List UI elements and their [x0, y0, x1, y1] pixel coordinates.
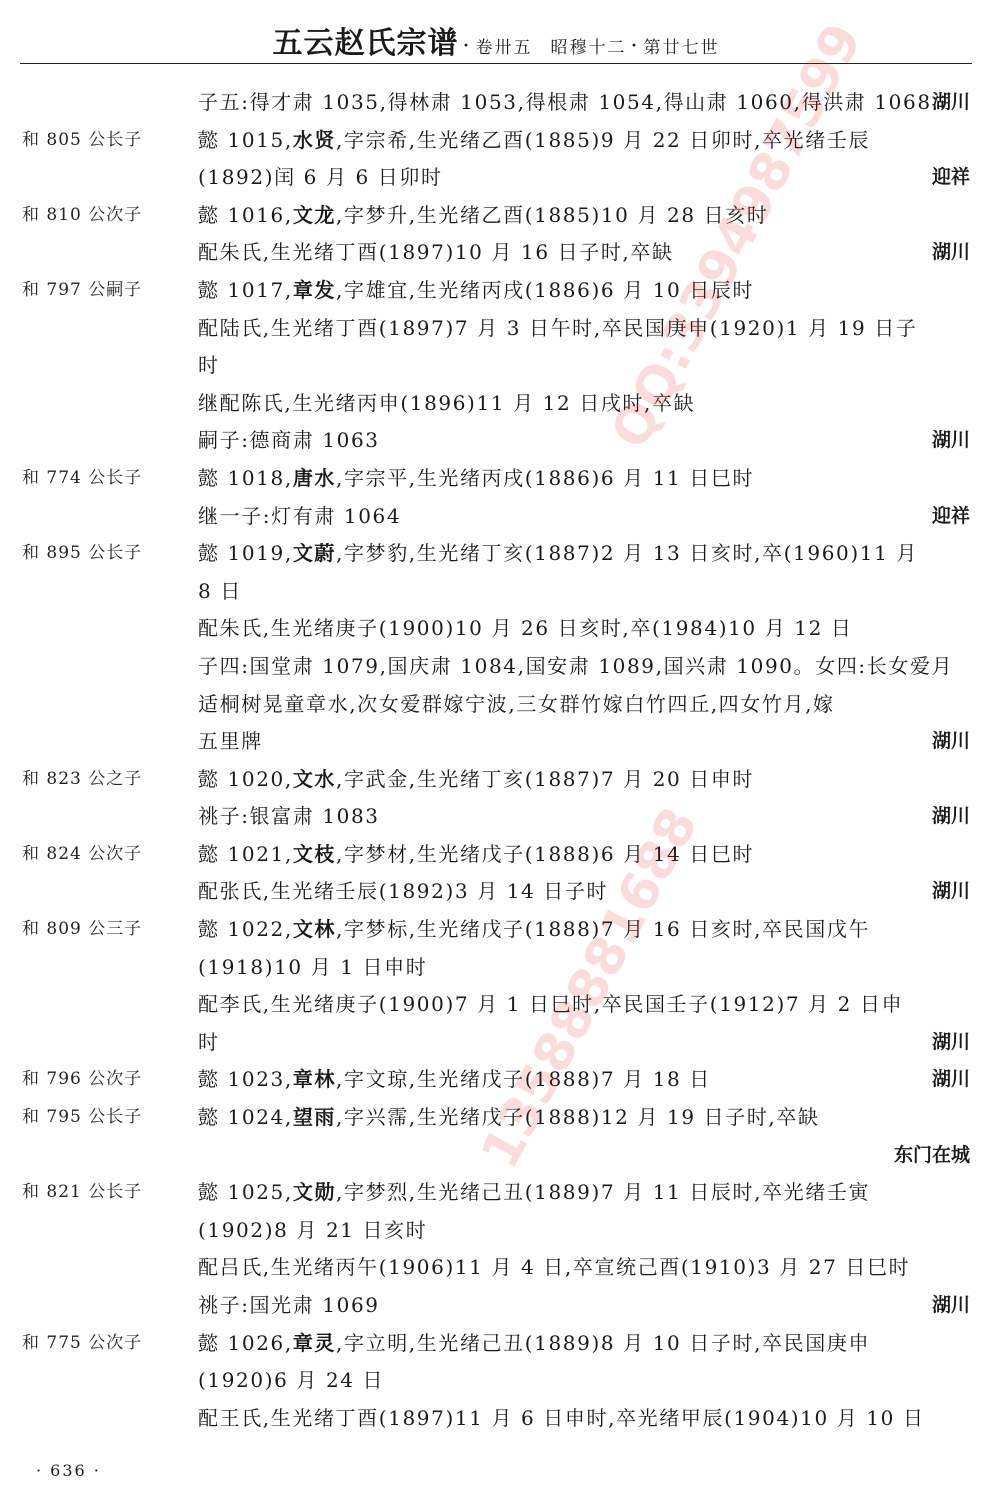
entry-text: 懿 1020,文水,字武金,生光绪丁亥(1887)7 月 20 日申时	[198, 761, 970, 799]
entry-text-part: ,字雄宜,生光绪丙戌(1886)6 月 10 日辰时	[336, 278, 754, 302]
entry-line: 祧子:银富肃 1083湖川	[0, 798, 992, 836]
residence-place: 湖川	[932, 723, 970, 761]
entry-text: 时	[198, 347, 970, 385]
lineage-note: 和 809 公三子	[22, 911, 142, 949]
lineage-note: 和 824 公次子	[22, 836, 142, 874]
entry-line: 和 821 公长子懿 1025,文勋,字梦烈,生光绪己丑(1889)7 月 11…	[0, 1174, 992, 1212]
lineage-note: 和 775 公次子	[22, 1325, 142, 1363]
entry-text: (1892)闰 6 月 6 日卯时	[198, 159, 970, 197]
entry-text: 继一子:灯有肃 1064	[198, 498, 970, 536]
entry-line: 和 795 公长子懿 1024,望雨,字兴霈,生光绪戊子(1888)12 月 1…	[0, 1099, 992, 1137]
entry-text-part: ,字武金,生光绪丁亥(1887)7 月 20 日申时	[336, 767, 754, 791]
entry-text: 配朱氏,生光绪庚子(1900)10 月 26 日亥时,卒(1984)10 月 1…	[198, 610, 970, 648]
entry-text-part: 懿 1022,	[198, 917, 293, 941]
entry-line: 子五:得才肃 1035,得林肃 1053,得根肃 1054,得山肃 1060,得…	[0, 84, 992, 122]
entry-line: 和 775 公次子懿 1026,章灵,字立明,生光绪己丑(1889)8 月 10…	[0, 1325, 992, 1363]
lineage-note: 和 810 公次子	[22, 197, 142, 235]
entry-text: 懿 1024,望雨,字兴霈,生光绪戊子(1888)12 月 19 日子时,卒缺	[198, 1099, 970, 1137]
entry-text-part: ,字梦豹,生光绪丁亥(1887)2 月 13 日亥时,卒(1960)11 月	[336, 541, 918, 565]
entry-line: (1918)10 月 1 日申时	[0, 949, 992, 987]
lineage-note: 和 795 公长子	[22, 1099, 142, 1137]
entry-line: 适桐树晃童章水,次女爱群嫁宁波,三女群竹嫁白竹四丘,四女竹月,嫁	[0, 686, 992, 724]
entry-text-part: ,字宗平,生光绪丙戌(1886)6 月 11 日巳时	[336, 466, 754, 490]
entry-text-part: ,字宗希,生光绪乙酉(1885)9 月 22 日卯时,卒光绪壬辰	[336, 128, 870, 152]
residence-place: 东门在城	[894, 1137, 970, 1175]
entry-line: 8 日	[0, 573, 992, 611]
lineage-note: 和 774 公长子	[22, 460, 142, 498]
entry-text: 懿 1026,章灵,字立明,生光绪己丑(1889)8 月 10 日子时,卒民国庚…	[198, 1325, 970, 1363]
entry-line: 东门在城	[0, 1137, 992, 1175]
entry-text-part: 懿 1026,	[198, 1331, 293, 1355]
entry-text-part: 懿 1015,	[198, 128, 293, 152]
entry-text-part: 懿 1016,	[198, 203, 293, 227]
residence-place: 迎祥	[932, 159, 970, 197]
entry-text-part: ,字梦烈,生光绪己丑(1889)7 月 11 日辰时,卒光绪壬寅	[336, 1180, 870, 1204]
entry-line: (1902)8 月 21 日亥时	[0, 1212, 992, 1250]
entry-text-part: ,字梦材,生光绪戊子(1888)6 月 14 日巳时	[336, 842, 754, 866]
residence-place: 湖川	[932, 873, 970, 911]
entry-line: 和 796 公次子懿 1023,章林,字文琼,生光绪戊子(1888)7 月 18…	[0, 1061, 992, 1099]
entry-text: 嗣子:德商肃 1063	[198, 422, 970, 460]
entry-text: 子五:得才肃 1035,得林肃 1053,得根肃 1054,得山肃 1060,得…	[198, 84, 970, 122]
entry-text: 懿 1019,文蔚,字梦豹,生光绪丁亥(1887)2 月 13 日亥时,卒(19…	[198, 535, 970, 573]
entry-text: 时	[198, 1024, 970, 1062]
residence-place: 湖川	[932, 234, 970, 272]
genealogy-entries: 子五:得才肃 1035,得林肃 1053,得根肃 1054,得山肃 1060,得…	[0, 84, 992, 1437]
entry-line: (1892)闰 6 月 6 日卯时迎祥	[0, 159, 992, 197]
entry-text: 子四:国堂肃 1079,国庆肃 1084,国安肃 1089,国兴肃 1090。女…	[198, 648, 970, 686]
entry-line: 配吕氏,生光绪丙午(1906)11 月 4 日,卒宣统己酉(1910)3 月 2…	[0, 1249, 992, 1287]
entry-line: (1920)6 月 24 日	[0, 1362, 992, 1400]
entry-text: 配朱氏,生光绪丁酉(1897)10 月 16 日子时,卒缺	[198, 234, 970, 272]
lineage-note: 和 805 公长子	[22, 122, 142, 160]
entry-text: 懿 1021,文枝,字梦材,生光绪戊子(1888)6 月 14 日巳时	[198, 836, 970, 874]
entry-text: 懿 1022,文林,字梦标,生光绪戊子(1888)7 月 16 日亥时,卒民国戊…	[198, 911, 970, 949]
entry-text-part: 懿 1021,	[198, 842, 293, 866]
entry-text: (1902)8 月 21 日亥时	[198, 1212, 970, 1250]
entry-line: 继一子:灯有肃 1064迎祥	[0, 498, 992, 536]
entry-text: 配张氏,生光绪壬辰(1892)3 月 14 日子时	[198, 873, 970, 911]
entry-line: 子四:国堂肃 1079,国庆肃 1084,国安肃 1089,国兴肃 1090。女…	[0, 648, 992, 686]
entry-text: 懿 1025,文勋,字梦烈,生光绪己丑(1889)7 月 11 日辰时,卒光绪壬…	[198, 1174, 970, 1212]
entry-text-part: 懿 1018,	[198, 466, 293, 490]
entry-line: 祧子:国光肃 1069湖川	[0, 1287, 992, 1325]
entry-text-part: ,字文琼,生光绪戊子(1888)7 月 18 日	[336, 1067, 711, 1091]
entry-line: 配李氏,生光绪庚子(1900)7 月 1 日巳时,卒民国壬子(1912)7 月 …	[0, 986, 992, 1024]
entry-line: 配张氏,生光绪壬辰(1892)3 月 14 日子时湖川	[0, 873, 992, 911]
entry-text: 祧子:国光肃 1069	[198, 1287, 970, 1325]
entry-line: 和 805 公长子懿 1015,水贤,字宗希,生光绪乙酉(1885)9 月 22…	[0, 122, 992, 160]
residence-place: 湖川	[932, 1287, 970, 1325]
entry-line: 配朱氏,生光绪丁酉(1897)10 月 16 日子时,卒缺湖川	[0, 234, 992, 272]
entry-line: 和 774 公长子懿 1018,唐水,字宗平,生光绪丙戌(1886)6 月 11…	[0, 460, 992, 498]
person-name: 文勋	[293, 1180, 336, 1204]
entry-line: 和 810 公次子懿 1016,文龙,字梦升,生光绪乙酉(1885)10 月 2…	[0, 197, 992, 235]
entry-line: 继配陈氏,生光绪丙申(1896)11 月 12 日戌时,卒缺	[0, 385, 992, 423]
lineage-note: 和 895 公长子	[22, 535, 142, 573]
entry-text: 懿 1017,章发,字雄宜,生光绪丙戌(1886)6 月 10 日辰时	[198, 272, 970, 310]
entry-line: 配朱氏,生光绪庚子(1900)10 月 26 日亥时,卒(1984)10 月 1…	[0, 610, 992, 648]
header-separator-2: ·	[631, 34, 638, 59]
header-separator: ·	[463, 34, 470, 59]
section-label: 昭穆十二	[551, 38, 627, 58]
entry-text: 8 日	[198, 573, 970, 611]
entry-text: 懿 1016,文龙,字梦升,生光绪乙酉(1885)10 月 28 日亥时	[198, 197, 970, 235]
entry-line: 时	[0, 347, 992, 385]
header-rule	[20, 63, 972, 64]
entry-text: 懿 1015,水贤,字宗希,生光绪乙酉(1885)9 月 22 日卯时,卒光绪壬…	[198, 122, 970, 160]
entry-line: 和 823 公之子懿 1020,文水,字武金,生光绪丁亥(1887)7 月 20…	[0, 761, 992, 799]
entry-line: 配陆氏,生光绪丁酉(1897)7 月 3 日午时,卒民国庚申(1920)1 月 …	[0, 310, 992, 348]
residence-place: 湖川	[932, 1061, 970, 1099]
residence-place: 湖川	[932, 422, 970, 460]
residence-place: 迎祥	[932, 498, 970, 536]
entry-text: (1920)6 月 24 日	[198, 1362, 970, 1400]
entry-text: 五里牌	[198, 723, 970, 761]
entry-text-part: 懿 1017,	[198, 278, 293, 302]
entry-line: 和 809 公三子懿 1022,文林,字梦标,生光绪戊子(1888)7 月 16…	[0, 911, 992, 949]
lineage-note: 和 823 公之子	[22, 761, 142, 799]
generation-label: 第廿七世	[644, 38, 720, 58]
entry-text-part: 懿 1020,	[198, 767, 293, 791]
entry-text: 继配陈氏,生光绪丙申(1896)11 月 12 日戌时,卒缺	[198, 385, 970, 423]
entry-text: 配陆氏,生光绪丁酉(1897)7 月 3 日午时,卒民国庚申(1920)1 月 …	[198, 310, 970, 348]
entry-text: 懿 1023,章林,字文琼,生光绪戊子(1888)7 月 18 日	[198, 1061, 970, 1099]
entry-text: 适桐树晃童章水,次女爱群嫁宁波,三女群竹嫁白竹四丘,四女竹月,嫁	[198, 686, 970, 724]
entry-text: 配王氏,生光绪丁酉(1897)11 月 6 日申时,卒光绪甲辰(1904)10 …	[198, 1400, 970, 1438]
entry-line: 和 895 公长子懿 1019,文蔚,字梦豹,生光绪丁亥(1887)2 月 13…	[0, 535, 992, 573]
entry-line: 配王氏,生光绪丁酉(1897)11 月 6 日申时,卒光绪甲辰(1904)10 …	[0, 1400, 992, 1438]
entry-text: 配吕氏,生光绪丙午(1906)11 月 4 日,卒宣统己酉(1910)3 月 2…	[198, 1249, 970, 1287]
person-name: 望雨	[293, 1105, 336, 1129]
person-name: 文枝	[293, 842, 336, 866]
lineage-note: 和 796 公次子	[22, 1061, 142, 1099]
entry-text-part: ,字梦升,生光绪乙酉(1885)10 月 28 日亥时	[336, 203, 768, 227]
person-name: 章发	[293, 278, 336, 302]
entry-line: 时湖川	[0, 1024, 992, 1062]
running-header: 五云赵氏宗谱·卷卅五昭穆十二·第廿七世	[0, 18, 992, 62]
residence-place: 湖川	[932, 1024, 970, 1062]
entry-text-part: ,字梦标,生光绪戊子(1888)7 月 16 日亥时,卒民国戊午	[336, 917, 870, 941]
person-name: 水贤	[293, 128, 336, 152]
page-number: · 636 ·	[36, 1461, 101, 1480]
lineage-note: 和 821 公长子	[22, 1174, 142, 1212]
entry-text: 配李氏,生光绪庚子(1900)7 月 1 日巳时,卒民国壬子(1912)7 月 …	[198, 986, 970, 1024]
person-name: 章灵	[293, 1331, 336, 1355]
residence-place: 湖川	[932, 798, 970, 836]
person-name: 文水	[293, 767, 336, 791]
volume-label: 卷卅五	[476, 38, 533, 58]
entry-text-part: ,字兴霈,生光绪戊子(1888)12 月 19 日子时,卒缺	[336, 1105, 820, 1129]
entry-line: 嗣子:德商肃 1063湖川	[0, 422, 992, 460]
person-name: 文蔚	[293, 541, 336, 565]
entry-text: 祧子:银富肃 1083	[198, 798, 970, 836]
residence-place: 湖川	[932, 84, 970, 122]
entry-text-part: ,字立明,生光绪己丑(1889)8 月 10 日子时,卒民国庚申	[336, 1331, 870, 1355]
lineage-note: 和 797 公嗣子	[22, 272, 142, 310]
book-title: 五云赵氏宗谱	[273, 26, 459, 61]
entry-text-part: 懿 1023,	[198, 1067, 293, 1091]
entry-text-part: 懿 1025,	[198, 1180, 293, 1204]
person-name: 唐水	[293, 466, 336, 490]
person-name: 章林	[293, 1067, 336, 1091]
person-name: 文龙	[293, 203, 336, 227]
entry-line: 和 797 公嗣子懿 1017,章发,字雄宜,生光绪丙戌(1886)6 月 10…	[0, 272, 992, 310]
entry-text: 懿 1018,唐水,字宗平,生光绪丙戌(1886)6 月 11 日巳时	[198, 460, 970, 498]
person-name: 文林	[293, 917, 336, 941]
entry-line: 和 824 公次子懿 1021,文枝,字梦材,生光绪戊子(1888)6 月 14…	[0, 836, 992, 874]
entry-text: (1918)10 月 1 日申时	[198, 949, 970, 987]
entry-line: 五里牌湖川	[0, 723, 992, 761]
entry-text-part: 懿 1024,	[198, 1105, 293, 1129]
entry-text-part: 懿 1019,	[198, 541, 293, 565]
